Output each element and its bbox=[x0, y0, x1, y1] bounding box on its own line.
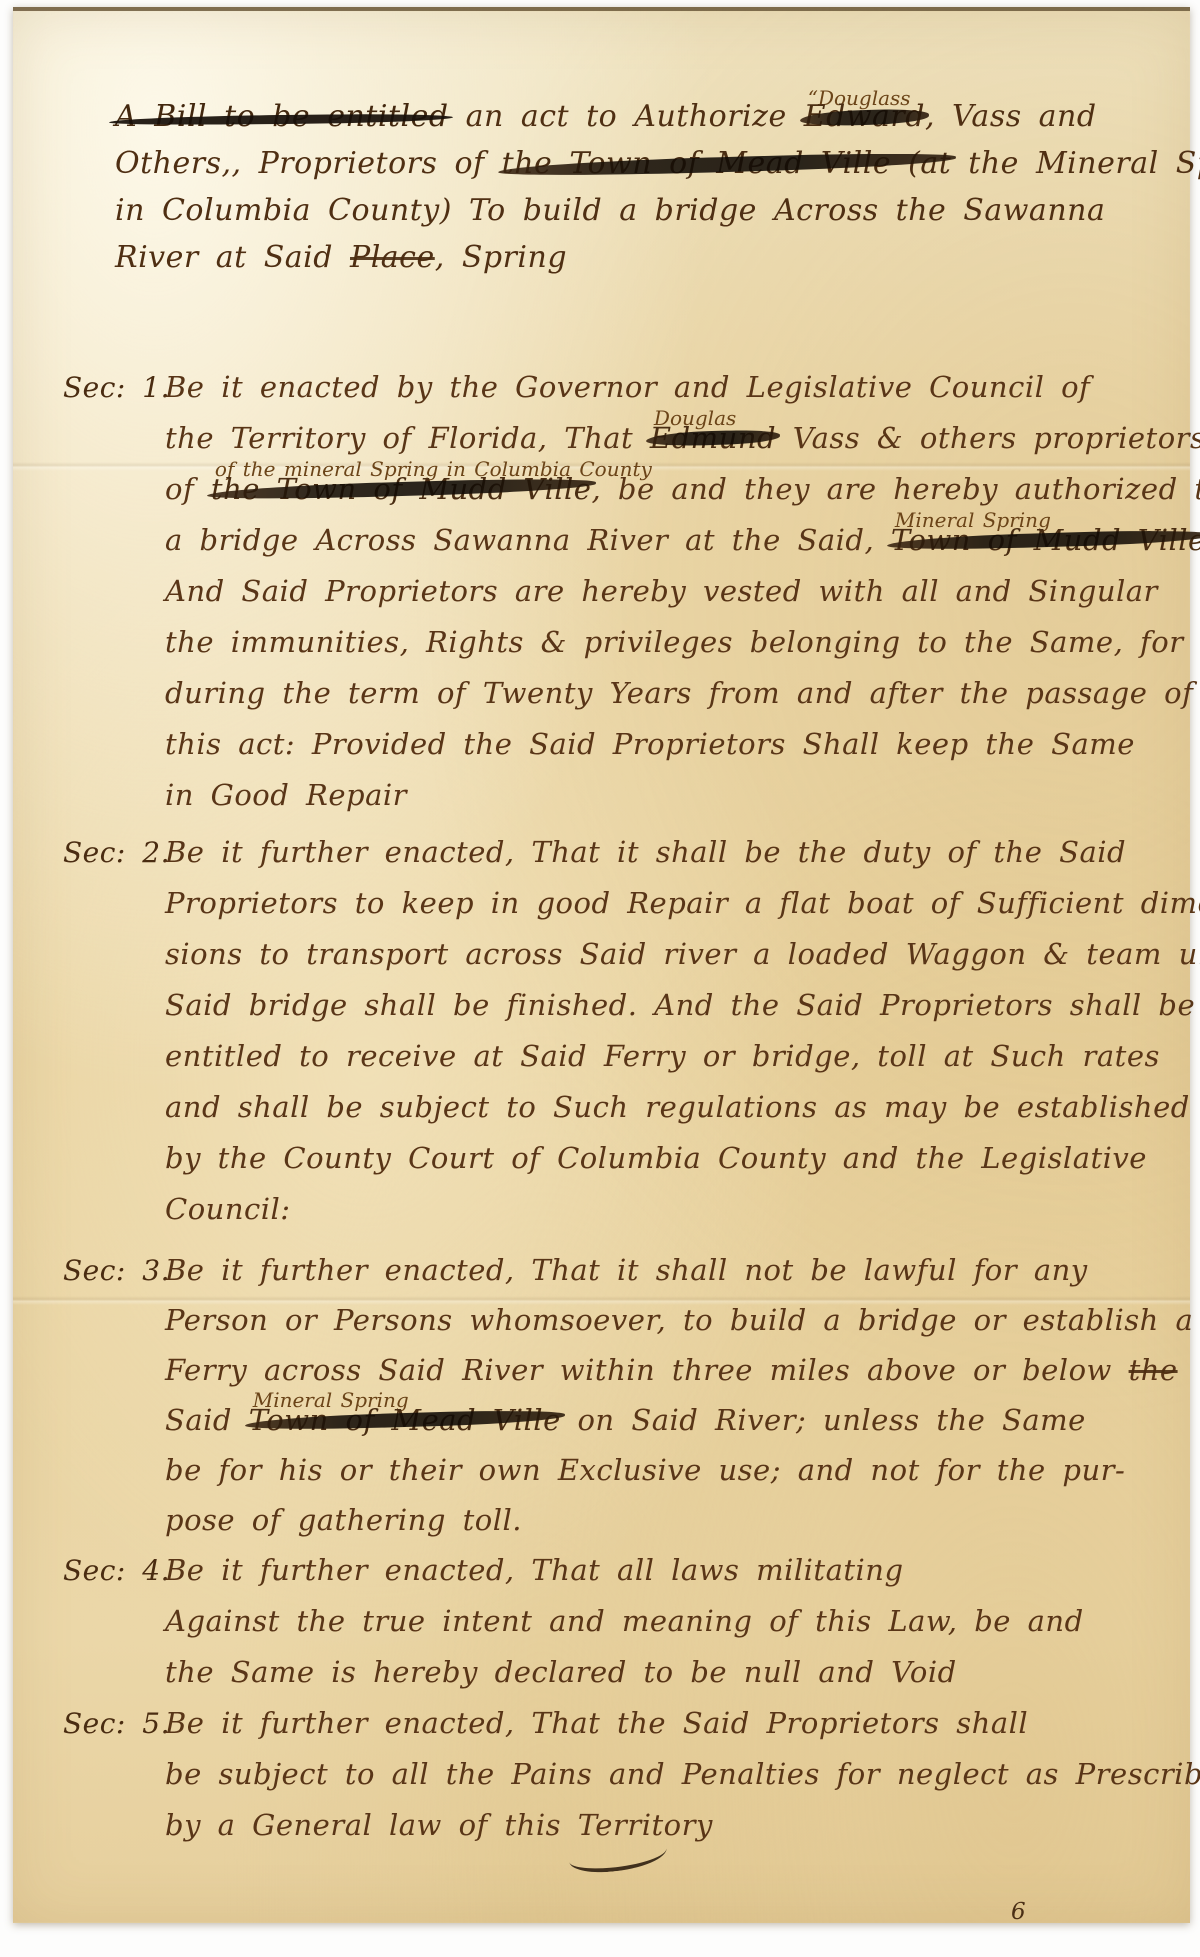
manuscript-text: Against the true intent and meaning of t… bbox=[165, 1604, 1084, 1638]
manuscript-text: , be and they are hereby authorized to b… bbox=[591, 472, 1200, 506]
amended-text: “DouglassEdward bbox=[804, 97, 925, 137]
amended-text: Mineral SpringTown of Mead Ville bbox=[249, 1398, 561, 1442]
manuscript-line: in Columbia County) To build a bridge Ac… bbox=[115, 191, 1190, 238]
manuscript-text: Be it further enacted, That all laws mil… bbox=[165, 1553, 904, 1587]
manuscript-line: Be it further enacted, That it shall be … bbox=[165, 830, 1190, 881]
manuscript-line: the immunities, Rights & privileges belo… bbox=[165, 620, 1190, 671]
amended-text: Mineral SpringTown of Mudd Ville bbox=[891, 518, 1200, 562]
section-label: Sec: 5. bbox=[63, 1707, 170, 1740]
manuscript-line: entitled to receive at Said Ferry or bri… bbox=[165, 1034, 1190, 1085]
manuscript-text: on Said River; unless the Same bbox=[561, 1403, 1086, 1437]
manuscript-line: the Same is hereby declared to be null a… bbox=[165, 1650, 1190, 1701]
manuscript-text: by the County Court of Columbia County a… bbox=[165, 1141, 1147, 1175]
amended-text: of the mineral Spring in Columbia County… bbox=[211, 467, 592, 511]
struck-out-text: Place bbox=[350, 240, 435, 275]
manuscript-text: Vass & others proprietors bbox=[776, 421, 1200, 455]
document-paper: A Bill to be entitled an act to Authoriz… bbox=[13, 7, 1190, 1923]
manuscript-text: River at Said bbox=[115, 240, 350, 275]
bill-sections: Sec: 1.Be it enacted by the Governor and… bbox=[13, 365, 1190, 1854]
manuscript-line: be for his or their own Exclusive use; a… bbox=[165, 1448, 1190, 1498]
struck-out-text: Edmund bbox=[650, 421, 776, 455]
struck-out-text: A Bill to be entitled bbox=[115, 99, 449, 134]
manuscript-text: Be it enacted by the Governor and Legisl… bbox=[165, 370, 1090, 404]
manuscript-text: a bridge Across Sawanna River at the Sai… bbox=[165, 523, 891, 557]
bill-section: Sec: 4.Be it further enacted, That all l… bbox=[13, 1548, 1190, 1701]
manuscript-text: an act to Authorize bbox=[449, 99, 804, 134]
manuscript-line: sions to transport across Said river a l… bbox=[165, 932, 1190, 983]
struck-out-text: the Town of Mudd Ville bbox=[211, 472, 592, 506]
manuscript-line: this act: Provided the Said Proprietors … bbox=[165, 722, 1190, 773]
manuscript-line: be subject to all the Pains and Penaltie… bbox=[165, 1752, 1190, 1803]
manuscript-text: Council: bbox=[165, 1192, 291, 1226]
manuscript-text: pose of gathering toll. bbox=[165, 1503, 522, 1537]
manuscript-text: of bbox=[165, 472, 211, 506]
manuscript-text: and shall be subject to Such regulations… bbox=[165, 1090, 1190, 1124]
section-label: Sec: 2. bbox=[63, 836, 170, 869]
manuscript-line: in Good Repair bbox=[165, 773, 1190, 824]
struck-out-text: Town of Mudd Ville bbox=[891, 523, 1200, 557]
manuscript-text: , Spring bbox=[435, 240, 567, 275]
manuscript-line: a bridge Across Sawanna River at the Sai… bbox=[165, 518, 1190, 569]
manuscript-line: Proprietors to keep in good Repair a fla… bbox=[165, 881, 1190, 932]
manuscript-line: Said bridge shall be finished. And the S… bbox=[165, 983, 1190, 1034]
struck-out-text: Edward bbox=[804, 99, 925, 134]
manuscript-text: entitled to receive at Said Ferry or bri… bbox=[165, 1039, 1160, 1073]
page-number: 6 bbox=[1011, 1899, 1026, 1925]
section-label: Sec: 1. bbox=[63, 371, 170, 404]
manuscript-line: And Said Proprietors are hereby vested w… bbox=[165, 569, 1190, 620]
scanned-manuscript-page: { "document": { "page_number": "6", "tit… bbox=[0, 0, 1200, 1957]
manuscript-text: Ferry across Said River within three mil… bbox=[165, 1353, 1129, 1387]
manuscript-text: Said bbox=[165, 1403, 249, 1437]
bill-section: Sec: 5.Be it further enacted, That the S… bbox=[13, 1701, 1190, 1854]
manuscript-text: sions to transport across Said river a l… bbox=[165, 937, 1200, 971]
struck-out-text: the Town of Mead Ville (at bbox=[502, 146, 952, 181]
manuscript-line: Against the true intent and meaning of t… bbox=[165, 1599, 1190, 1650]
manuscript-text: Be it further enacted, That it shall not… bbox=[165, 1253, 1088, 1287]
manuscript-line: pose of gathering toll. bbox=[165, 1498, 1190, 1548]
manuscript-text: in Columbia County) To build a bridge Ac… bbox=[115, 193, 1105, 228]
manuscript-text: And Said Proprietors are hereby vested w… bbox=[165, 574, 1158, 608]
struck-out-text: Town of Mead Ville bbox=[249, 1403, 561, 1437]
manuscript-line: by the County Court of Columbia County a… bbox=[165, 1136, 1190, 1187]
manuscript-text: the immunities, Rights & privileges belo… bbox=[165, 625, 1200, 659]
bill-section: Sec: 2.Be it further enacted, That it sh… bbox=[13, 830, 1190, 1238]
struck-out-text: the bbox=[1129, 1353, 1178, 1387]
manuscript-line: Be it further enacted, That all laws mil… bbox=[165, 1548, 1190, 1599]
manuscript-text: Said bridge shall be finished. And the S… bbox=[165, 988, 1195, 1022]
amended-text: DouglasEdmund bbox=[650, 416, 776, 460]
manuscript-line: Person or Persons whomsoever, to build a… bbox=[165, 1298, 1190, 1348]
manuscript-line: River at Said Place, Spring bbox=[115, 238, 1190, 285]
manuscript-line: and shall be subject to Such regulations… bbox=[165, 1085, 1190, 1136]
manuscript-text: the Mineral Spring bbox=[951, 146, 1200, 181]
manuscript-line: during the term of Twenty Years from and… bbox=[165, 671, 1190, 722]
manuscript-text: the Same is hereby declared to be null a… bbox=[165, 1655, 957, 1689]
manuscript-line: Be it further enacted, That the Said Pro… bbox=[165, 1701, 1190, 1752]
manuscript-text: the Territory of Florida, That bbox=[165, 421, 650, 455]
bill-section: Sec: 1.Be it enacted by the Governor and… bbox=[13, 365, 1190, 824]
manuscript-line: A Bill to be entitled an act to Authoriz… bbox=[115, 97, 1190, 144]
manuscript-text: Be it further enacted, That the Said Pro… bbox=[165, 1706, 1028, 1740]
manuscript-line: by a General law of this Territory bbox=[165, 1803, 1190, 1854]
manuscript-text: during the term of Twenty Years from and… bbox=[165, 676, 1193, 710]
manuscript-line: Council: bbox=[165, 1187, 1190, 1238]
manuscript-line: Be it further enacted, That it shall not… bbox=[165, 1248, 1190, 1298]
manuscript-text: be subject to all the Pains and Penaltie… bbox=[165, 1757, 1200, 1791]
manuscript-text: be for his or their own Exclusive use; a… bbox=[165, 1453, 1125, 1487]
manuscript-text: Be it further enacted, That it shall be … bbox=[165, 835, 1126, 869]
bill-section: Sec: 3.Be it further enacted, That it sh… bbox=[13, 1248, 1190, 1548]
manuscript-text: Others,, Proprietors of bbox=[115, 146, 502, 181]
manuscript-text: Proprietors to keep in good Repair a fla… bbox=[165, 886, 1200, 920]
manuscript-text: this act: Provided the Said Proprietors … bbox=[165, 727, 1135, 761]
section-label: Sec: 4. bbox=[63, 1554, 170, 1587]
manuscript-line: Others,, Proprietors of the Town of Mead… bbox=[115, 144, 1190, 191]
manuscript-text: in Good Repair bbox=[165, 778, 407, 812]
section-label: Sec: 3. bbox=[63, 1254, 170, 1287]
manuscript-text: , Vass and bbox=[925, 99, 1097, 134]
manuscript-line: Said Mineral SpringTown of Mead Ville on… bbox=[165, 1398, 1190, 1448]
bill-title-block: A Bill to be entitled an act to Authoriz… bbox=[13, 11, 1190, 285]
manuscript-text: Person or Persons whomsoever, to build a… bbox=[165, 1303, 1193, 1337]
